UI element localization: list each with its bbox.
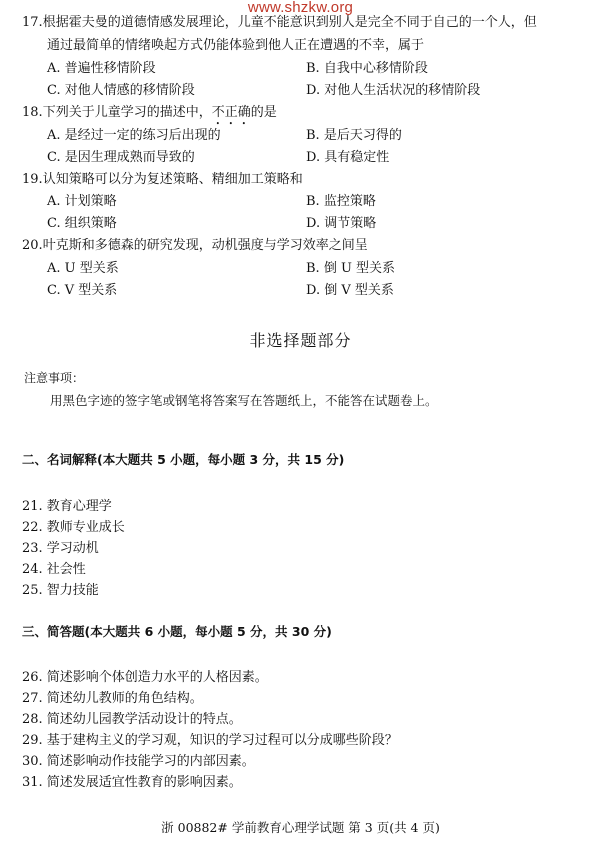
list-item: 21. 教育心理学 [22,498,112,516]
option-a: A. U 型关系 [47,260,119,278]
list-item: 23. 学习动机 [22,540,99,558]
question-stem: 19.认知策略可以分为复述策略、精细加工策略和 [22,171,303,189]
option-c: C. 对他人情感的移情阶段 [47,82,195,100]
list-item: 26. 简述影响个体创造力水平的人格因素。 [22,669,268,687]
question-number: 19. [22,172,43,187]
option-d: D. 倒 V 型关系 [306,282,394,300]
list-item: 30. 简述影响动作技能学习的内部因素。 [22,753,255,771]
list-item: 31. 简述发展适宜性教育的影响因素。 [22,774,242,792]
option-c: C. V 型关系 [47,282,117,300]
page-footer: 浙 00882# 学前教育心理学试题 第 3 页(共 4 页) [0,820,601,836]
section-title: 非选择题部分 [0,331,601,351]
question-stem: 18.下列关于儿童学习的描述中，不正确的是 [22,104,277,128]
option-c: C. 是因生理成熟而导致的 [47,149,195,167]
question-stem-continued: 通过最简单的情绪唤起方式仍能体验到他人正在遭遇的不幸，属于 [47,37,424,55]
question-text-end: 的是 [251,105,277,120]
list-item: 22. 教师专业成长 [22,519,125,537]
part3-heading: 三、简答题(本大题共 6 小题，每小题 5 分，共 30 分) [22,624,332,640]
list-item: 28. 简述幼儿园教学活动设计的特点。 [22,711,242,729]
question-number: 18. [22,105,43,120]
question-text: 下列关于儿童学习的描述中， [43,105,212,120]
question-number: 17. [22,15,43,30]
list-item: 29. 基于建构主义的学习观，知识的学习过程可以分成哪些阶段？ [22,732,398,750]
option-a: A. 计划策略 [47,193,117,211]
question-text: 叶克斯和多德森的研究发现，动机强度与学习效率之间呈 [43,238,368,253]
option-b: B. 倒 U 型关系 [306,260,395,278]
option-b: B. 是后天习得的 [306,127,402,145]
list-item: 24. 社会性 [22,561,86,579]
part2-heading: 二、名词解释(本大题共 5 小题，每小题 3 分，共 15 分) [22,452,344,468]
notice-body: 用黑色字迹的签字笔或钢笔将答案写在答题纸上，不能答在试题卷上。 [50,393,438,409]
question-stem: 20.叶克斯和多德森的研究发现，动机强度与学习效率之间呈 [22,237,368,255]
option-d: D. 具有稳定性 [306,149,389,167]
option-b: B. 监控策略 [306,193,376,211]
question-text: 认知策略可以分为复述策略、精细加工策略和 [43,172,303,187]
option-c: C. 组织策略 [47,215,117,233]
option-d: D. 调节策略 [306,215,376,233]
question-number: 20. [22,238,43,253]
option-a: A. 普遍性移情阶段 [47,60,156,78]
emphasized-text: 不正确 [212,105,251,120]
list-item: 25. 智力技能 [22,582,99,600]
option-a: A. 是经过一定的练习后出现的 [47,127,221,145]
option-d: D. 对他人生活状况的移情阶段 [306,82,480,100]
list-item: 27. 简述幼儿教师的角色结构。 [22,690,203,708]
question-text: 根据霍夫曼的道德情感发展理论，儿童不能意识到别人是完全不同于自己的一个人，但 [43,15,537,30]
notice-heading: 注意事项： [24,370,84,386]
question-stem: 17.根据霍夫曼的道德情感发展理论，儿童不能意识到别人是完全不同于自己的一个人，… [22,14,537,32]
option-b: B. 自我中心移情阶段 [306,60,428,78]
